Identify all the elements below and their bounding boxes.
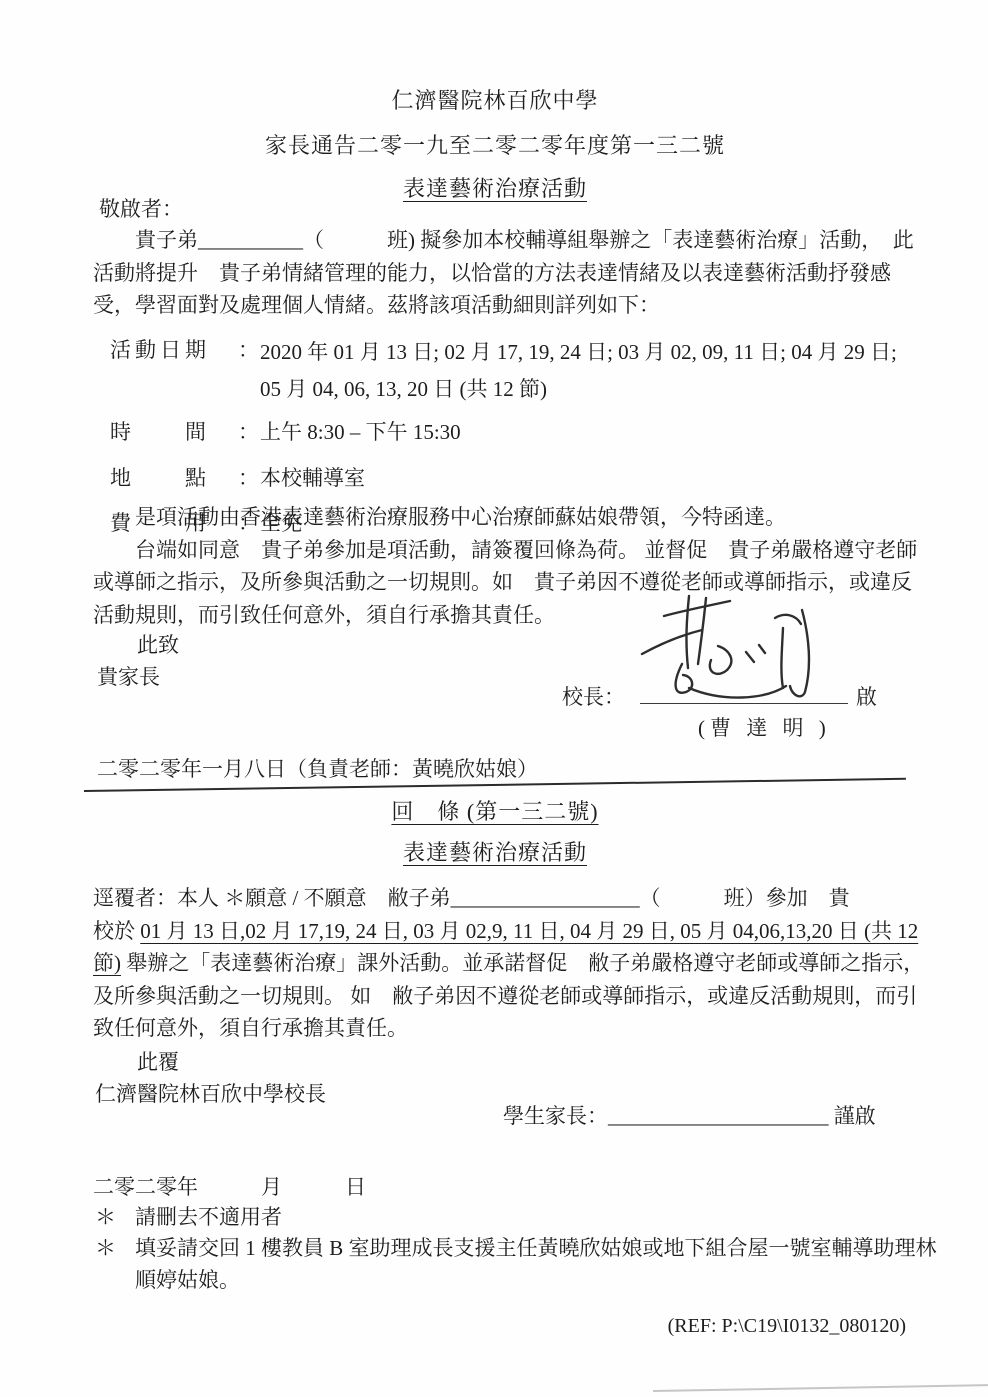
footer-note-1-text: 請刪去不適用者 — [135, 1201, 282, 1231]
detail-row-place: 地點 ： 本校輔導室 — [110, 462, 910, 492]
footer-date-blank-line: 二零二零年 月 日 — [93, 1171, 366, 1201]
letter-p1-line2: 活動將提升 貴子弟情緒管理的能力，以恰當的方法表達情緒及以表達藝術活動抒發感 — [93, 257, 915, 290]
reference-code: (REF: P:\C19\I0132_080120) — [600, 1315, 906, 1338]
detail-label-place: 地點 — [110, 462, 206, 492]
letter-p1-line1: 貴子弟__________（ 班) 擬參加本校輔導組舉辦之「表達藝術治療」活動，… — [93, 224, 915, 257]
asterisk-mark: ＊ — [95, 1205, 116, 1229]
detail-row-time: 時間 ： 上午 8:30 – 下午 15:30 — [110, 416, 910, 446]
principal-qi: 啟 — [856, 681, 877, 711]
reply-heading: 回 條 (第一三二號) — [391, 799, 598, 824]
reply-activity-title: 表達藝術治療活動 — [403, 840, 587, 865]
salutation: 敬啟者： — [99, 193, 183, 223]
letter-p2-line2: 台端如同意 貴子弟參加是項活動，請簽覆回條為荷。 並督促 貴子弟嚴格遵守老師 — [93, 534, 915, 567]
reply-slip-header: 回 條 (第一三二號) 表達藝術治療活動 — [85, 795, 905, 867]
detail-label-date: 活動日期 — [110, 334, 206, 364]
scan-edge-artifact — [653, 1384, 988, 1391]
activity-title: 表達藝術治療活動 — [403, 176, 587, 201]
parent-signature-blank: _____________________ — [608, 1104, 829, 1128]
closing-recipient: 貴家長 — [97, 661, 160, 691]
detail-date-line2: 05 月 04, 06, 13, 20 日 (共 12 節) — [260, 371, 897, 408]
reply-closing-to: 仁濟醫院林百欣中學校長 — [95, 1078, 326, 1108]
principal-signature-handwriting — [626, 590, 876, 712]
scanned-notice-page: 仁濟醫院林百欣中學 家長通告二零一九至二零二零年度第一三二號 表達藝術治療活動 … — [0, 0, 988, 1397]
principal-name: (曹 達 明 ) — [698, 712, 831, 742]
reply-line2: 校於 01 月 13 日,02 月 17,19, 24 日, 03 月 02,9… — [93, 915, 915, 948]
parent-signature-row: 學生家長：_____________________ 謹啟 — [503, 1100, 876, 1130]
detail-value-date: 2020 年 01 月 13 日; 02 月 17, 19, 24 日; 03 … — [260, 334, 897, 408]
reply-line1: 逕覆者：本人 ＊願意 / 不願意 敝子弟__________________（ … — [93, 882, 915, 915]
school-name: 仁濟醫院林百欣中學 — [85, 84, 905, 115]
reply-line4: 及所參與活動之一切規則。 如 敝子弟因不遵從老師或導師指示，或違反活動規則，而引 — [93, 980, 915, 1013]
closing-cizhi: 此致 — [137, 629, 179, 659]
footer-note-2-line2: 順婷姑娘。 — [135, 1264, 240, 1294]
reply-line2-prefix: 校於 — [93, 919, 140, 943]
reply-body: 逕覆者：本人 ＊願意 / 不願意 敝子弟__________________（ … — [93, 882, 915, 1045]
reply-closing-cifu: 此覆 — [137, 1046, 179, 1076]
detail-value-time: 上午 8:30 – 下午 15:30 — [260, 416, 461, 446]
footer-note-2: ＊ 填妥請交回 1 樓教員 B 室助理成長支援主任黃曉欣姑娘或地下組合屋一號室輔… — [95, 1232, 116, 1262]
footer-note-2-line1: 填妥請交回 1 樓教員 B 室助理成長支援主任黃曉欣姑娘或地下組合屋一號室輔導助… — [135, 1232, 937, 1262]
letter-paragraph-1: 貴子弟__________（ 班) 擬參加本校輔導組舉辦之「表達藝術治療」活動，… — [93, 224, 915, 322]
parent-qi: 謹啟 — [834, 1104, 876, 1128]
asterisk-mark: ＊ — [95, 1236, 116, 1260]
detail-date-line1: 2020 年 01 月 13 日; 02 月 17, 19, 24 日; 03 … — [260, 334, 897, 371]
footer-note-1: ＊ 請刪去不適用者 — [95, 1201, 116, 1231]
parent-signature-label: 學生家長： — [503, 1104, 608, 1128]
reply-line3-dates-end: 節) — [93, 951, 121, 975]
reply-line5: 致任何意外，須自行承擔其責任。 — [93, 1012, 915, 1045]
detail-row-date: 活動日期 ： 2020 年 01 月 13 日; 02 月 17, 19, 24… — [110, 334, 910, 364]
principal-label: 校長： — [562, 681, 625, 711]
letter-p1-line3: 受，學習面對及處理個人情緒。茲將該項活動細則詳列如下： — [93, 289, 915, 322]
letter-p2-line1: 是項活動由香港表達藝術治療服務中心治療師蘇姑娘帶領，今特函達。 — [93, 501, 915, 534]
reply-line2-dates: 01 月 13 日,02 月 17,19, 24 日, 03 月 02,9, 1… — [140, 919, 918, 943]
detail-colon: ： — [238, 416, 259, 446]
reply-line3: 節) 舉辦之「表達藝術治療」課外活動。並承諾督促 敝子弟嚴格遵守老師或導師之指示… — [93, 947, 915, 980]
document-header: 仁濟醫院林百欣中學 家長通告二零一九至二零二零年度第一三二號 表達藝術治療活動 — [85, 84, 905, 203]
notice-number-line: 家長通告二零一九至二零二零年度第一三二號 — [85, 129, 905, 160]
detail-label-time: 時間 — [110, 416, 206, 446]
reply-line3-rest: 舉辦之「表達藝術治療」課外活動。並承諾督促 敝子弟嚴格遵守老師或導師之指示， — [121, 951, 924, 975]
detail-colon: ： — [238, 334, 259, 364]
detail-colon: ： — [238, 462, 259, 492]
date-teacher-line: 二零二零年一月八日（負責老師：黃曉欣姑娘） — [97, 753, 538, 783]
detail-value-place: 本校輔導室 — [260, 462, 365, 492]
